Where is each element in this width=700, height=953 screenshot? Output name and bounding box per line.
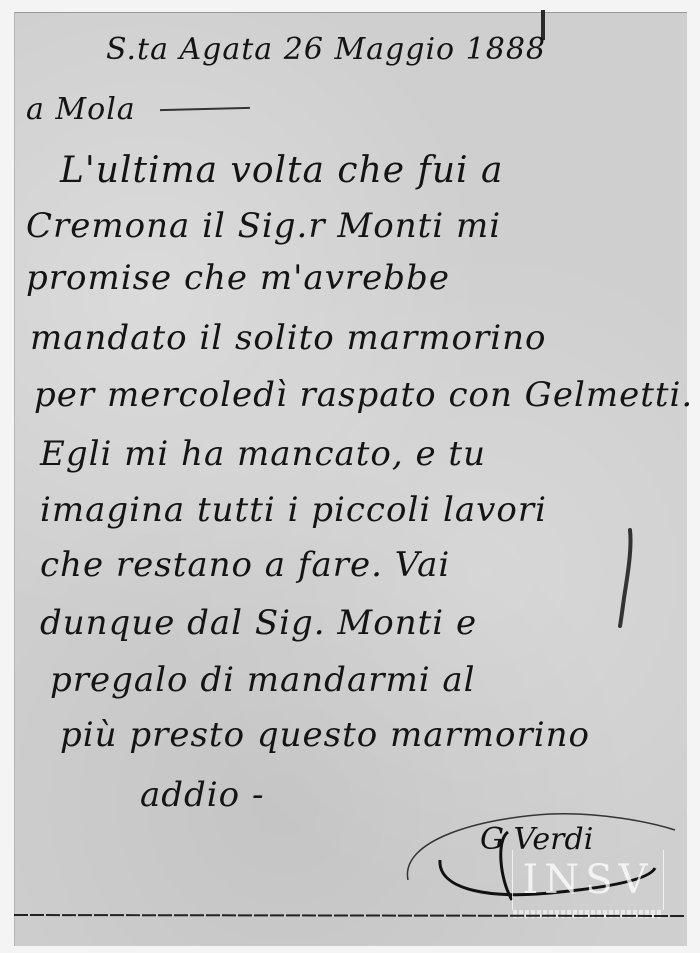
watermark-text: INSV [522,857,653,903]
bottom-rule-line [14,914,686,917]
place-date: S.ta Agata 26 Maggio 1888 [106,32,546,67]
margin-pencil-stroke [618,528,636,628]
body-line: che restano a fare. Vai [40,545,450,585]
body-line: dunque dal Sig. Monti e [40,603,477,643]
body-line: Cremona il Sig.r Monti mi [26,206,501,246]
closing: addio - [140,775,264,815]
body-line: per mercoledì raspato con Gelmetti. [34,375,693,415]
body-line: Egli mi ha mancato, e tu [40,434,486,474]
body-line: mandato il solito marmorino [30,318,547,358]
body-line: promise che m'avrebbe [26,258,450,298]
addressee: a Mola [26,92,136,127]
body-line: imagina tutti i piccoli lavori [40,490,547,530]
watermark: INSV [512,850,664,910]
body-line: più presto questo marmorino [60,715,590,755]
body-line: pregalo di mandarmi al [50,660,476,700]
body-line: L'ultima volta che fui a [60,150,503,191]
